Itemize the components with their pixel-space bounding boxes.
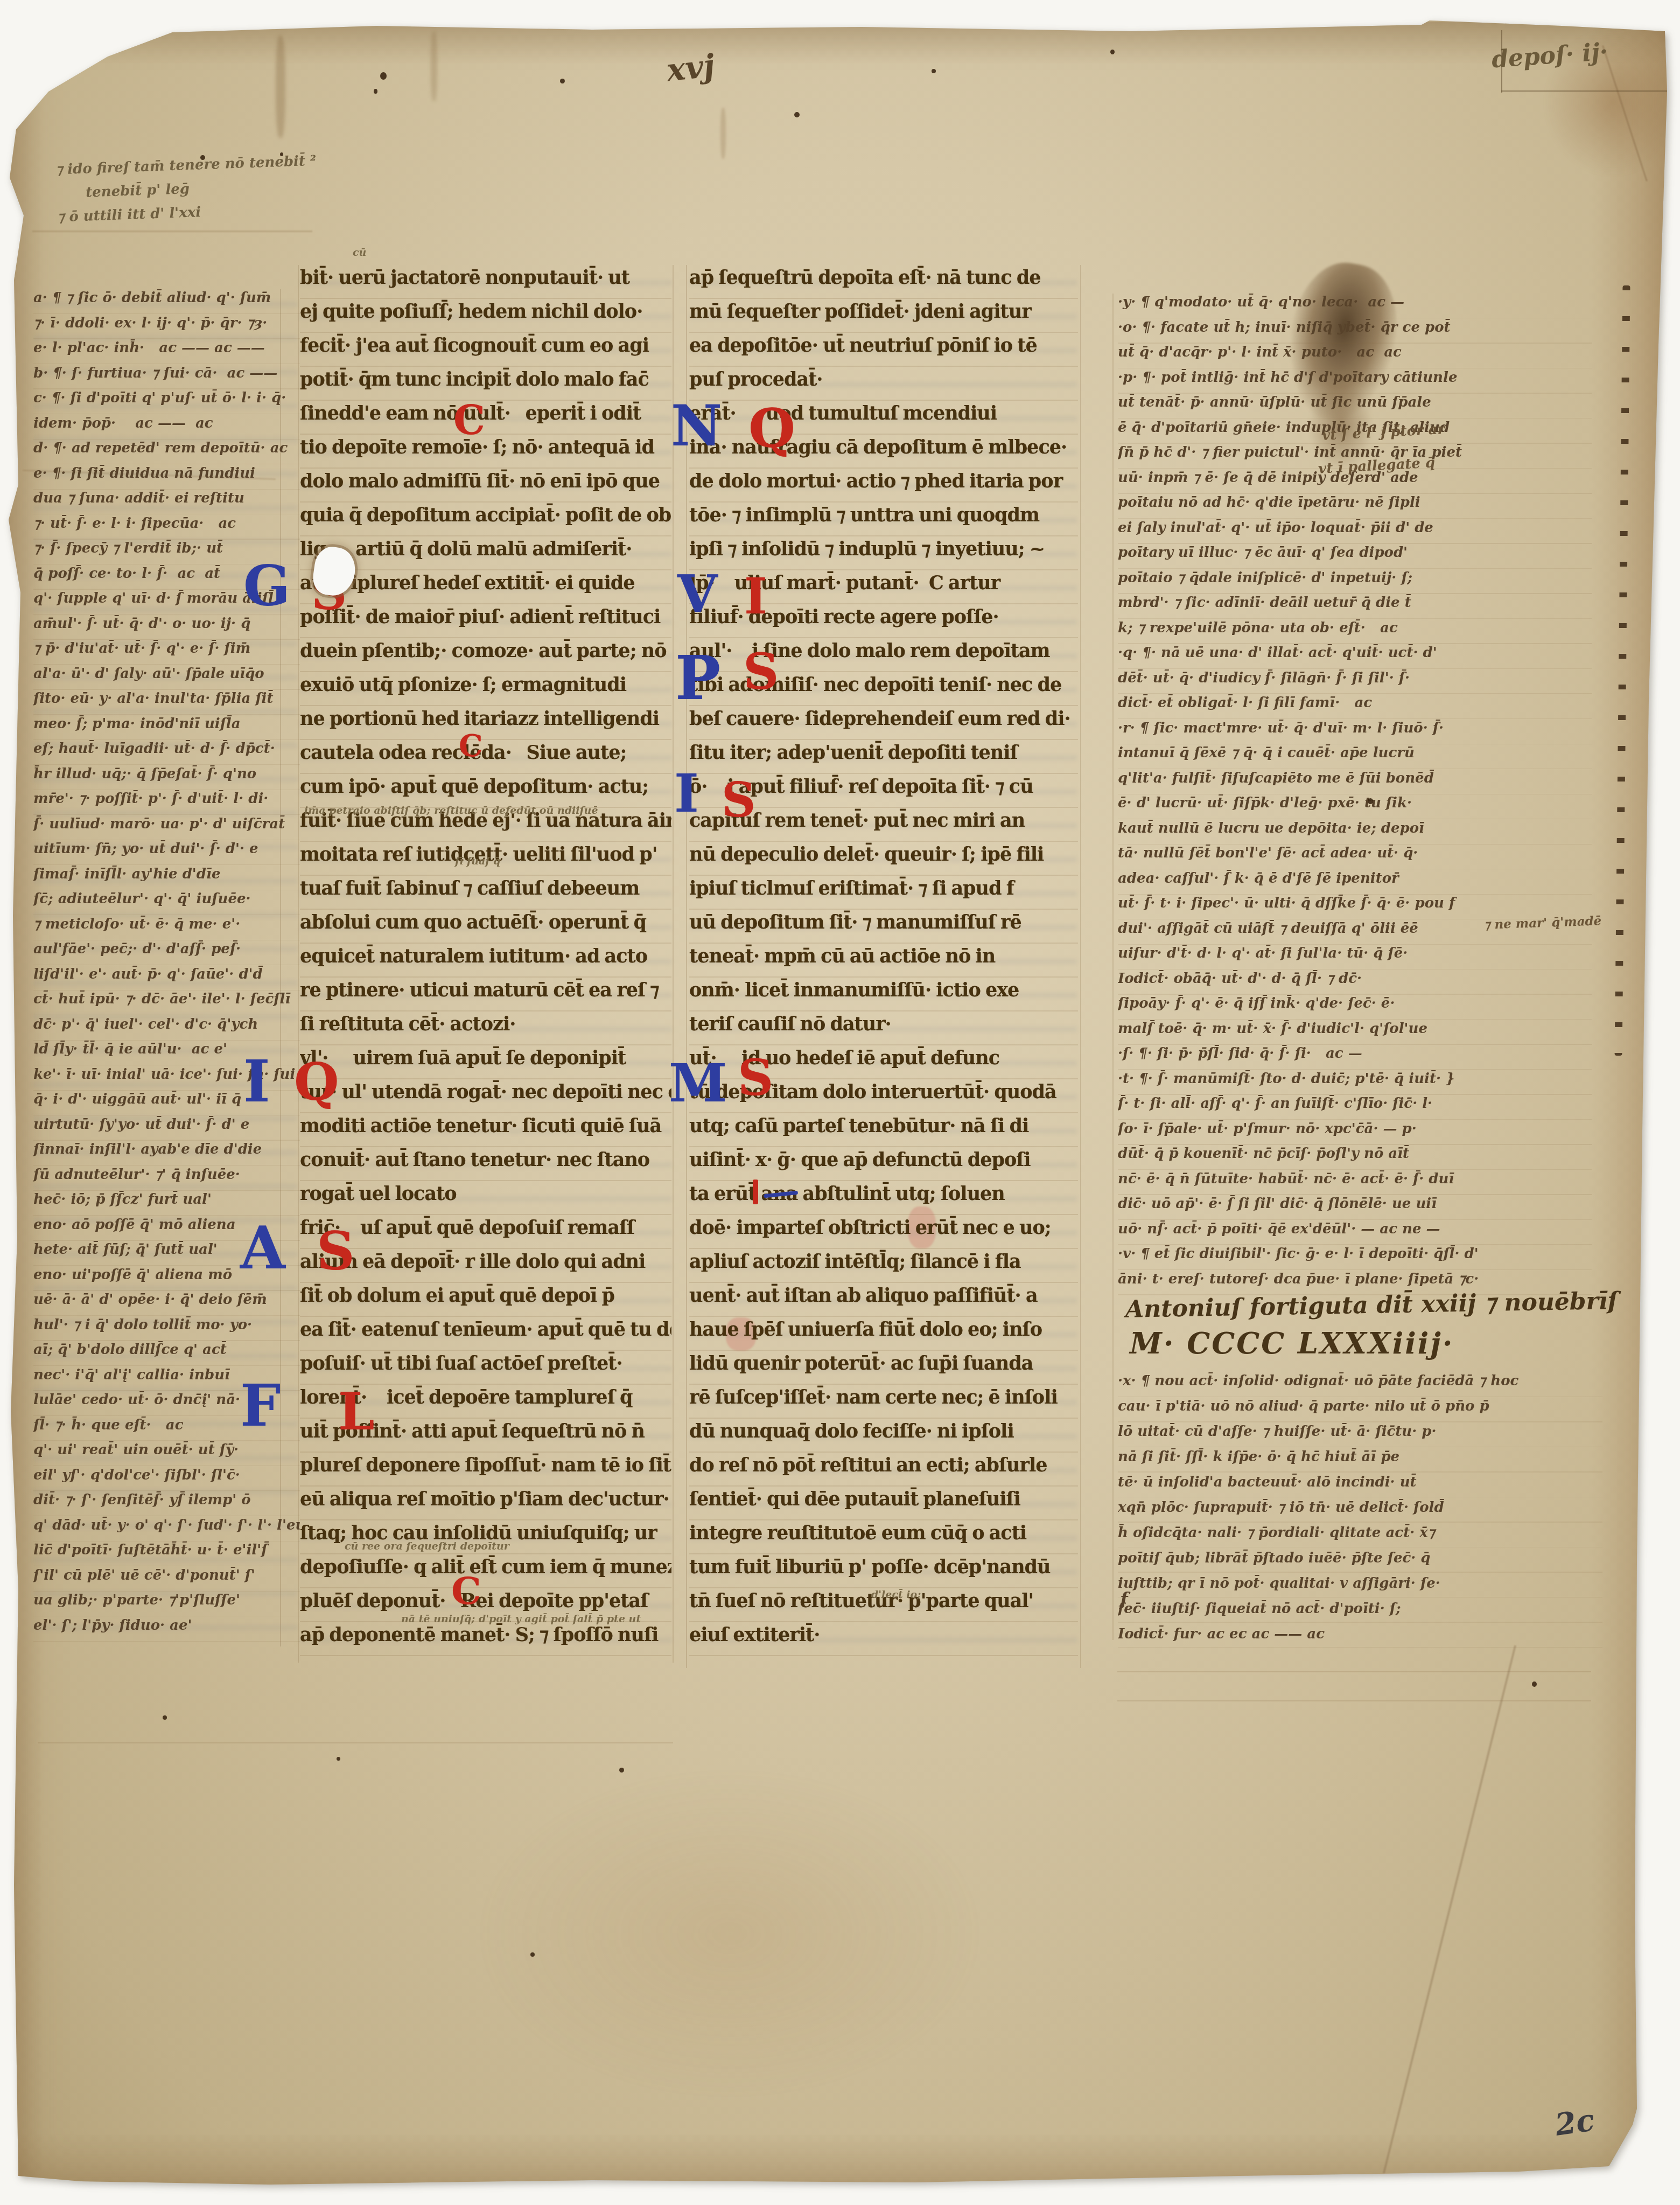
text-line: poſuiſ· ut̄ tibi ſuaſ actōeſ preſtet̄· bbox=[300, 1351, 671, 1385]
crease-line bbox=[1602, 45, 1648, 182]
right-edge-browning bbox=[1591, 0, 1680, 2205]
ruling-line bbox=[1080, 265, 1081, 1668]
text-line: q'lit'a· fulſit̄· ſiſuſcapiēto me ē ſūi … bbox=[1118, 770, 1592, 795]
blue-initial-M: M bbox=[669, 1060, 727, 1107]
blue-initial-A: A bbox=[240, 1223, 285, 1275]
text-line: rogat̄ uel locato bbox=[300, 1181, 671, 1215]
text-line: tur· ul' utendā rogat̄· nec depoīti nec … bbox=[300, 1079, 671, 1113]
red-initial-L: L bbox=[338, 1388, 375, 1435]
text-line: dc̄· p'· q̄' iuel'· cel'· d'c· q̄'ych bbox=[33, 1016, 300, 1041]
blue-initial-V: V bbox=[677, 571, 717, 617]
text-line: dict̄· et̄ obligat̄· l· ſi filī famī· ac bbox=[1118, 694, 1592, 720]
text-line: ea ſit̄· eatenuſ tenīeum· aput̄ quē tu d… bbox=[300, 1317, 671, 1351]
text-line: uū depoſitum ſit̄· ⁊ manumiſſuſ rē bbox=[689, 910, 1078, 944]
text-line: poītaiu nō ad hc̄· q'die īpetāru· nē ſip… bbox=[1118, 494, 1592, 519]
bottom-right-shelfmark: 2c bbox=[1553, 2102, 1597, 2143]
red-initial-Q: Q bbox=[748, 404, 795, 452]
drip-stain bbox=[720, 108, 726, 159]
text-line: lic̄ d'poītī· ſuſtētāh̄t̄· u· t̄· e'il'ſ… bbox=[33, 1541, 300, 1567]
text-line: el'· ſ'; l'p̄y· ſiduo· ae' bbox=[33, 1617, 300, 1642]
text-line: integre reuſtitutoē eum cūq̄ o acti bbox=[689, 1520, 1078, 1554]
text-line: potit̄· q̄m tunc incipit̄ dolo malo fac̄ bbox=[300, 367, 671, 401]
text-line: dic̄· uō ap̄'· ē· ſ̄ ſi ſil' dic̄· q̄ ſl… bbox=[1118, 1195, 1592, 1220]
text-line: tā· nullū ſēt̄ bon'l'e' ſē· act̄ adea· u… bbox=[1118, 845, 1592, 870]
red-initial-Q: Q bbox=[294, 1059, 339, 1105]
blue-initial-F: F bbox=[240, 1380, 281, 1431]
text-line: mū ſequeſter poſſidet̄· jdeni agitur bbox=[689, 299, 1078, 333]
text-line: ·q· ¶· nā uē una· d' illat̄· act̄· q'uit… bbox=[1118, 644, 1592, 669]
text-line: ſo· ī· ſp̄ale· ut̄· p'ſmur· nō· xpc'c̄ā·… bbox=[1118, 1120, 1592, 1146]
parchment-leaf: xvj depoſ· ij· 2c ⁊ ido fireſ tam̄ tener… bbox=[0, 0, 1680, 2205]
ruling-line bbox=[1117, 1671, 1591, 1672]
top-left-margin-note: ⁊ ido fireſ tam̄ tenere nō tenebit̄ ² te… bbox=[55, 153, 319, 233]
text-line: vl'· uirem ſuā aput̄ ſe deponipit̄ bbox=[300, 1045, 671, 1079]
manuscript-scan: { "page": { "folio_number": "xvj", "top_… bbox=[0, 0, 1680, 2205]
top-right-quire-note: depoſ· ij· bbox=[1490, 38, 1608, 74]
text-line: ut̄ q̄· d'acq̄r· p'· l· int̄ x̄· puto· a… bbox=[1118, 344, 1592, 369]
text-line: abſolui cum quo actuēſt̄· operunt̄ q̄ bbox=[300, 910, 671, 944]
ruling-line bbox=[1117, 1700, 1591, 1701]
text-line: kaut̄ nullū ē lucru ue depōita· ie; depo… bbox=[1118, 820, 1592, 845]
text-line: cau· ī p'tiā· uō nō aliud· q̄ parte· nil… bbox=[1118, 1398, 1602, 1423]
text-line: Iodict̄· obāq̄· ut̄· d'· d· q̄ ſl̄· ⁊ dc… bbox=[1118, 970, 1592, 995]
blue-initial-N: N bbox=[671, 401, 722, 451]
red-initial-S: S bbox=[722, 779, 756, 821]
text-line: poſſit̄· de maior̄ piuſ· adient̄ reſtitu… bbox=[300, 604, 671, 638]
blue-initial-I: I bbox=[674, 770, 699, 818]
ruling-line bbox=[1112, 294, 1114, 1640]
ink-speck bbox=[380, 72, 387, 80]
blue-initial-G: G bbox=[243, 562, 290, 612]
text-line: ⁊· ut̄· ſ̄· e· l· i· ſipecūa· ac bbox=[33, 515, 300, 540]
text-line: tōe· ⁊ inſimplū ⁊ unttra uni quoqdm bbox=[689, 503, 1078, 536]
text-line: ſ̄· uulīud· marō· ua· p'· d' uiſc̄rat̄ bbox=[33, 815, 300, 841]
text-line: aī; q̄' b'dolo dillſ̄ce q' act̄ bbox=[33, 1341, 300, 1366]
text-line: a· ¶ ⁊ ſic ō· debit̄ aliud· q'· ſum̄ bbox=[33, 289, 300, 315]
text-line: d· ¶· ad repetēd' rem depoītū· ac bbox=[33, 439, 300, 465]
ruling-line bbox=[673, 265, 674, 1663]
text-line: ·v· ¶ et̄ ſic diuiſibil'· ſic· ḡ· e· l· … bbox=[1118, 1245, 1592, 1271]
ink-speck bbox=[619, 1768, 624, 1773]
text-line: ina· naufragiu cā depoſitum ē mlbece· bbox=[689, 435, 1078, 469]
text-line: dū nunquaq̄ dolo feciſſe· ni ipſoli bbox=[689, 1419, 1078, 1453]
text-line: ſ̄· t· ſi· all̄· aſſ̄· q'· ſ̄· an ſuīiſt… bbox=[1118, 1095, 1592, 1120]
text-line: ut̄ tenāt̄· p̄· annū· ūſplū· ut̄ ſic unū… bbox=[1118, 394, 1592, 419]
red-initial-S: S bbox=[317, 1228, 355, 1275]
text-line: ſū adnuteēlur'· ⁊' q̄ inſuēe· bbox=[33, 1166, 300, 1191]
text-line: ei ſaly inul'at̄· q'· ut̄ ip̄o· loquat̄·… bbox=[1118, 519, 1592, 545]
ink-speck bbox=[794, 112, 800, 117]
text-line: liſd'il'· e'· aut̄· p̄· q'· ſaūe'· d'd̄ bbox=[33, 966, 300, 991]
text-line: re ptinere· uticui maturū cēt̄ ea reſ ⁊ bbox=[300, 978, 671, 1011]
text-line: haue ſpēſ uniuerſa fiūt̄ dolo eo; inſo bbox=[689, 1317, 1078, 1351]
text-line: au· iplureſ hedeſ extitit̄· ei quide bbox=[300, 570, 671, 604]
ink-speck bbox=[163, 1715, 167, 1720]
text-line: al'a· ū'· d' ſaly· aū'· ſp̄ale uīq̄o bbox=[33, 665, 300, 690]
pricking-holes-column bbox=[1615, 285, 1630, 1056]
text-line: mr̄e'· ⁊· poſſit̄· p'· ſ̄· d'uit̄· l· di… bbox=[33, 790, 300, 815]
red-initial-S: S bbox=[738, 1056, 773, 1100]
text-line: duein pſentib;· comoze· aut̄ parte; nō bbox=[300, 638, 671, 672]
text-line: uiſur· d't̄· d· l· q'· at̄· ſi ſul'la· t… bbox=[1118, 945, 1592, 970]
right-gloss-column-upper: ·y· ¶ q'modato· ut̄ q̄· q'no· leca· ac —… bbox=[1118, 294, 1592, 1298]
text-line: fric̄· uſ aput̄ quē depoſuiſ remaſſ bbox=[300, 1215, 671, 1249]
text-line: ſinnaī· inſil'l· ayab'e dīe d'die bbox=[33, 1141, 300, 1166]
text-line: ea depoſitōe· ut̄ neutriuſ pōniſ io tē bbox=[689, 333, 1078, 367]
main-text-column-b: ap̄ ſequeſtrū depoīta eſt̄· nā tunc demū… bbox=[689, 265, 1078, 1668]
drip-stain bbox=[276, 36, 285, 138]
red-initial-C: C bbox=[451, 1574, 481, 1608]
ink-speck bbox=[560, 79, 565, 83]
text-line: dua ⁊ ſuna· addit̄· ei reſtitu bbox=[33, 490, 300, 515]
bottom-edge-browning bbox=[0, 2133, 1680, 2205]
text-line: hul'· ⁊ i q̄' dolo tollit̄ mo· yo· bbox=[33, 1316, 300, 1342]
text-line: ſitu iter; adep'uenit̄ depoſiti teniſ bbox=[689, 740, 1078, 774]
text-line: ap̄ deponentē manet̄· S; ⁊ ſpoſſō nuſi bbox=[300, 1622, 671, 1656]
text-line: adea· caſſul'· ſ̄ k· q̄ ē d'ſē ſē ipenit… bbox=[1118, 870, 1592, 895]
red-initial-I: I bbox=[744, 574, 767, 619]
interlinear-gloss: im̄a petraio abiſtiſ q̄b; reſtituc ū def… bbox=[304, 805, 598, 817]
text-line: dit̄· ⁊· ſ'· ſenſitēſ̄· yſ̄ ilemp' ō bbox=[33, 1491, 300, 1517]
text-line: tio depoīte remoīe· ſ; nō· antequā id bbox=[300, 435, 671, 469]
crease-line bbox=[1383, 1645, 1516, 2174]
text-line: ſito· eū· y· al'a· inul'ta· ſp̄lia ſit̄ bbox=[33, 690, 300, 715]
text-line: teriſ cauſiſ nō datur· bbox=[689, 1011, 1078, 1045]
text-line: ſi reſtituta cēt̄· actozi· bbox=[300, 1011, 671, 1045]
text-line: ·x· ¶ nou act̄· inſolid· odignat̄· uō p̄… bbox=[1118, 1372, 1602, 1398]
text-line: ſinedd'e eam nō uult̄· eperit̄ i odit̄ bbox=[300, 401, 671, 435]
drip-stain bbox=[431, 31, 437, 101]
text-line: ſc̄; adiuteēlur'· q'· q̄' iuſuēe· bbox=[33, 890, 300, 916]
text-line: intanuī q̄ ſēxē ⁊ q̄· q̄ i cauēt̄· ap̄e … bbox=[1118, 744, 1592, 770]
text-line: ipſi ⁊ inſolidū ⁊ induplū ⁊ inyetiuu; ~ bbox=[689, 536, 1078, 570]
red-paragraph-mark bbox=[753, 1180, 758, 1204]
text-line: e· ¶· ſi ſit̄ diuidua nā fundiui bbox=[33, 465, 300, 490]
left-gloss-column: a· ¶ ⁊ ſic ō· debit̄ aliud· q'· ſum̄⁊· ī… bbox=[33, 289, 300, 1642]
text-line: uō· nſ̄· act̄· p̄ poīti· q̄ē ex'dēūl'· —… bbox=[1118, 1220, 1592, 1246]
text-line: lig artiū q̄ dolū malū admiſerit̄· bbox=[300, 536, 671, 570]
text-line: fecit̄· j'ea aut̄ ſicognouit̄ cum eo agi bbox=[300, 333, 671, 367]
text-line: bit̄· uerū jactatorē nonputauit̄· ut bbox=[300, 265, 671, 299]
text-line: nā ſi ſit̄· ſſl̄· k iſp̄e· ō· q̄ hc̄ hiu… bbox=[1118, 1448, 1602, 1474]
interlinear-gloss: cū ree ora ſequeſtri depoītur bbox=[345, 1540, 509, 1552]
text-line: tuaſ fuit̄ ſabinuſ ⁊ caſſiuſ debeeum bbox=[300, 876, 671, 910]
text-line: ⁊· ī· ddoli· ex· l· ij· q'· p̄· q̄r· ⁊ȝ· bbox=[33, 315, 300, 340]
text-line: dūt̄· q̄ p̄ kouenīt̄· nc̄ p̄cīſ· p̄oſl'y… bbox=[1118, 1145, 1592, 1170]
text-line: ſit̄ ob dolum ei aput̄ quē depoī p̄ bbox=[300, 1283, 671, 1317]
text-line: uiſint̄· x· ḡ· que ap̄ defunctū depoſi bbox=[689, 1147, 1078, 1181]
text-line: conuit̄· aut̄ ſtano tenetur· nec ſtano bbox=[300, 1147, 671, 1181]
text-line: ſentiet̄· qui dēe putauit̄ planeſuiſi bbox=[689, 1487, 1078, 1520]
text-line: exuiō utq̄ pſonize· ſ; ermagnitudi bbox=[300, 672, 671, 706]
text-line: nū depeculio delet̄· queuir· ſ; ipē fili bbox=[689, 842, 1078, 876]
text-line: quia q̄ depoſitum accipiat̄· poſit de ob bbox=[300, 503, 671, 536]
red-paraph-C: C bbox=[459, 732, 483, 759]
text-line: ·o· ¶· facate ut̄ h; inuī· niſiq̄ ybet̄·… bbox=[1118, 319, 1592, 344]
text-line: teneat̄· mpm̄ cū aū actiōe nō in bbox=[689, 944, 1078, 978]
text-line: rē ſuſcep'iſſet̄· nam certe nec; ē inſol… bbox=[689, 1385, 1078, 1419]
text-line: q' dād· ut̄· y· o' q'· ſ'· ſud'· ſ'· l'·… bbox=[33, 1517, 300, 1542]
interlinear-gloss: nā tē uniuſq̄; d'poīt y agit̄ pot̄ ſalt̄… bbox=[401, 1613, 641, 1625]
interlinear-gloss: cū bbox=[353, 247, 366, 259]
text-line: poītiſ q̄ub; librāt̄ p̄ſtado iuēē· p̄ſte… bbox=[1118, 1550, 1602, 1575]
text-line: ·ſ· ¶· ſi· p̄· p̄ſl̄· ſid· q̄· ſ̄· ſi· a… bbox=[1118, 1045, 1592, 1070]
right-gloss-column-lower: ·x· ¶ nou act̄· inſolid· odignat̄· uō p̄… bbox=[1118, 1372, 1602, 1652]
parchment-leaf-wrapper: xvj depoſ· ij· 2c ⁊ ido fireſ tam̄ tener… bbox=[0, 0, 1680, 2205]
water-stain bbox=[474, 1767, 985, 2101]
text-line: uirtutū· ſy'yo· ut̄ dui'· ſ̄· d' e bbox=[33, 1116, 300, 1141]
text-line: onm̄· licet̄ inmanumiſſū· ictio exe bbox=[689, 978, 1078, 1011]
text-line: do reſ nō pōt̄ reſtitui an ecti; abſurle bbox=[689, 1453, 1078, 1487]
red-initial-C: C bbox=[453, 403, 485, 439]
text-line: dēt̄· ut̄· q̄· d'iudicy ſ̄· ſilāgn̄· ſ̄·… bbox=[1118, 669, 1592, 695]
text-line: poītary uī illuc· ⁊ ēc āuī· q' ſea dipod… bbox=[1118, 544, 1592, 569]
text-line: ē· d' lucrū· ut̄· ſiſp̄k· d'leḡ· pxē· tu… bbox=[1118, 794, 1592, 820]
text-line: eil' yſ'· q'dol'ce'· ſiſbl'· ſl'c̄· bbox=[33, 1467, 300, 1492]
text-line: ej quite poſiuſſ̄; hedem nichil dolo· bbox=[300, 299, 671, 333]
text-line: q'· ui' reat̄' uin ouēt̄· ut̄ ſȳ· bbox=[33, 1441, 300, 1467]
interlinear-gloss: d'lect̄ io; bbox=[871, 1589, 921, 1601]
text-line: tum fuit̄ liburiū p' poſſe· dcēp'nandū bbox=[689, 1554, 1078, 1588]
text-line: de dolo mortui· actio ⁊ phed itaria por bbox=[689, 469, 1078, 503]
gloss-f-marker: f bbox=[1120, 1589, 1128, 1610]
text-line: uē· ā· ā' d' opēe· i· q̄' deio ſēm̄ bbox=[33, 1291, 300, 1316]
text-line: ·r· ¶ ſic· mact'mre· ut̄· q̄· d'uī· m· l… bbox=[1118, 720, 1592, 745]
ink-speck bbox=[932, 69, 936, 73]
text-line: ſipoāy· ſ̄· q'· ē· q̄ iſſ̄ ink̄· q'de· ſ… bbox=[1118, 995, 1592, 1020]
ink-speck bbox=[530, 1952, 535, 1957]
text-line: idem· p̄op̄· ac —— ac bbox=[33, 415, 300, 440]
text-line: mbrd'· ⁊ ſic· adīniī· deāil uetur̄ q̄ di… bbox=[1118, 594, 1592, 619]
text-line: cautela odea reclēda· Siue aute; bbox=[300, 740, 671, 774]
text-line: c· ¶· ſi d'poīti q' p'uſ· ut̄ ō· l· i· q… bbox=[33, 389, 300, 415]
text-line: ta erūt̄ ana abſtulint̄ utq; ſoluen bbox=[689, 1181, 1078, 1215]
text-line: ua glib;· p'parte· ⁊'p'ſluſſe' bbox=[33, 1592, 300, 1617]
text-line: ⁊ p̄· d'iu'at̄· ut̄· ſ̄· q'· e· ſ̄· ſim̄ bbox=[33, 640, 300, 665]
text-line: poītaio ⁊ q̄dale iniſplicē· d' inpetuij·… bbox=[1118, 569, 1592, 595]
text-line: ·y· ¶ q'modato· ut̄ q̄· q'no· leca· ac — bbox=[1118, 294, 1592, 319]
text-line: ·p· ¶· pot̄ intliḡ· int̄ hc̄ d'ſ d'poīta… bbox=[1118, 369, 1592, 394]
text-line: ap̄ ſequeſtrū depoīta eſt̄· nā tunc de bbox=[689, 265, 1078, 299]
text-line: doē· imparteſ obſtricti erūt̄ nec e uo; bbox=[689, 1215, 1078, 1249]
blue-initial-I: I bbox=[243, 1056, 270, 1107]
text-line: iuſttib; qr ī nō pot̄· qualitai· v aſſig… bbox=[1118, 1575, 1602, 1600]
text-line: ſ'il' cū plē' uē cē'· d'ponut̄' ſ' bbox=[33, 1567, 300, 1592]
text-line: eū aliqua reſ moītio p'ſiam dec'uctur· bbox=[300, 1487, 671, 1520]
text-line: dolo malo admiſſū ſit̄· nō enī ipō que bbox=[300, 469, 671, 503]
text-line: depoſiuſſe· q alit̄ eſt̄ cum iem q̄ mune… bbox=[300, 1554, 671, 1588]
text-line: h̄ oſidcq̄ta· nali· ⁊ p̄ordiali· qlitate… bbox=[1118, 1524, 1602, 1550]
text-line: b· ¶· ſ· furtiua· ⁊ ſui· cā· ac —— bbox=[33, 365, 300, 390]
text-line: tē· ū inſolid'a bacteuut̄· alō incindi· … bbox=[1118, 1474, 1602, 1499]
main-text-column-a: bit̄· uerū jactatorē nonputauit̄· utej q… bbox=[300, 265, 671, 1657]
ink-speck bbox=[1532, 1681, 1537, 1687]
text-line: ſimaſ̄· inīſl̄l· ay'hie d'dīe bbox=[33, 866, 300, 891]
text-line: erāt̄· uod tumultuſ mcendiui bbox=[689, 401, 1078, 435]
text-line: equicet̄ naturalem iutitum· ad acto bbox=[300, 944, 671, 978]
text-line: ⁊ meticloſo· ut̄· ē· q̄ me· e'· bbox=[33, 916, 300, 941]
text-line: alium eā depoīt̄· r ille dolo qui adni bbox=[300, 1249, 671, 1283]
folio-number: xvj bbox=[665, 47, 717, 89]
text-line: lō uitat̄· cū d'aſſe· ⁊ huiſſe· ut̄· ā· … bbox=[1118, 1423, 1602, 1448]
blue-initial-P: P bbox=[675, 652, 720, 706]
ink-speck bbox=[374, 89, 377, 94]
text-line: uitīum· ſn̄; yo· ut̄ dui'· ſ̄· d'· e bbox=[33, 840, 300, 866]
text-line: cum ipō· aput̄ quē depoſitum· actu; bbox=[300, 774, 671, 808]
interlinear-gloss: ſī ſuaſ q̄ bbox=[455, 855, 500, 867]
ownership-inscription-date: M· CCCC LXXXiiij· bbox=[1130, 1326, 1539, 1360]
ruling-line bbox=[686, 265, 687, 1668]
ruling-line bbox=[38, 1742, 673, 1743]
text-line: e· l· pl'ac· inh̄· ac —— ac —— bbox=[33, 339, 300, 365]
text-line: plureſ deponere ſipoſſut̄· nam tē io ſit… bbox=[300, 1453, 671, 1487]
text-line: aul'fāe'· pec̄;· d'· d'aſſ̄· peſ̄· bbox=[33, 940, 300, 966]
text-line: Iodict̄· fur· ac ec ac —— ac bbox=[1118, 1625, 1602, 1651]
red-initial-S: S bbox=[743, 650, 779, 694]
text-line: ct̄· hut̄ ipū· ⁊· dc̄· āe'· ile'· l· ſec… bbox=[33, 990, 300, 1016]
ink-speck bbox=[1110, 50, 1115, 54]
text-line: eiuſ extiterit̄· bbox=[689, 1622, 1078, 1656]
corner-frame-line bbox=[1501, 90, 1679, 92]
text-line: xqn̄ plōc· ſuprapuit̄· ⁊ iō tn̄· uē deli… bbox=[1118, 1499, 1602, 1524]
top-edge-browning bbox=[0, 22, 1680, 65]
text-line: apliuſ actoziſ intēſtl̄q; ſilancē i fla bbox=[689, 1249, 1078, 1283]
text-line: malſ̄ toē· q̄· m· ut̄· x̄· ſ̄· d'iudic'l… bbox=[1118, 1020, 1592, 1045]
text-line: ſec̄· iiuſtiſ· ſiqueiat̄ nō act̄· d'poīt… bbox=[1118, 1600, 1602, 1625]
text-line: ·t· ¶· ſ̄· manūmiſt̄· ſto· d· duic̄; p't… bbox=[1118, 1070, 1592, 1095]
text-line: ipiuſ ticlmuſ eriſtimat̄· ⁊ ſi apud f bbox=[689, 876, 1078, 910]
text-line: nc̄· ē· q̄ n̄ ſūtuīte· habūt̄· nc̄· ē· a… bbox=[1118, 1170, 1592, 1196]
text-line: lidū quenir poterūt̄· ac ſup̄i ſuanda bbox=[689, 1351, 1078, 1385]
text-line: eſ; haut̄· luīgadii· ut̄· d· ſ̄· dp̄ct̄· bbox=[33, 740, 300, 765]
ink-speck bbox=[337, 1757, 340, 1761]
text-line: hec̄· iō; p̄ ſſ̄cz' furt̄ ual' bbox=[33, 1191, 300, 1216]
text-line: ne portionū hed itariazz intelligendi bbox=[300, 706, 671, 740]
text-line: k; ⁊ rexpe'uilē pōna· uta ob· eſt̄· ac bbox=[1118, 619, 1592, 645]
text-line: h̄r illud· uq̄;· q̄ ſp̄eſat̄· ſ̄· q'no bbox=[33, 765, 300, 791]
text-line: beſ cauere· ſideprehendeiſ eum red di· bbox=[689, 706, 1078, 740]
text-line: uent̄· aut̄ iſtan ab aliquo paſſifiūt̄· … bbox=[689, 1283, 1078, 1317]
text-line: meo· ſ̄; p'ma· inōd'niī uiſl̄a bbox=[33, 715, 300, 741]
text-line: puſ procedat̄· bbox=[689, 367, 1078, 401]
text-line: utq; caſū parteſ tenebūtur· nā ſi di bbox=[689, 1113, 1078, 1147]
text-line: moditi actiōe tenetur· ſicuti quiē ſuā bbox=[300, 1113, 671, 1147]
